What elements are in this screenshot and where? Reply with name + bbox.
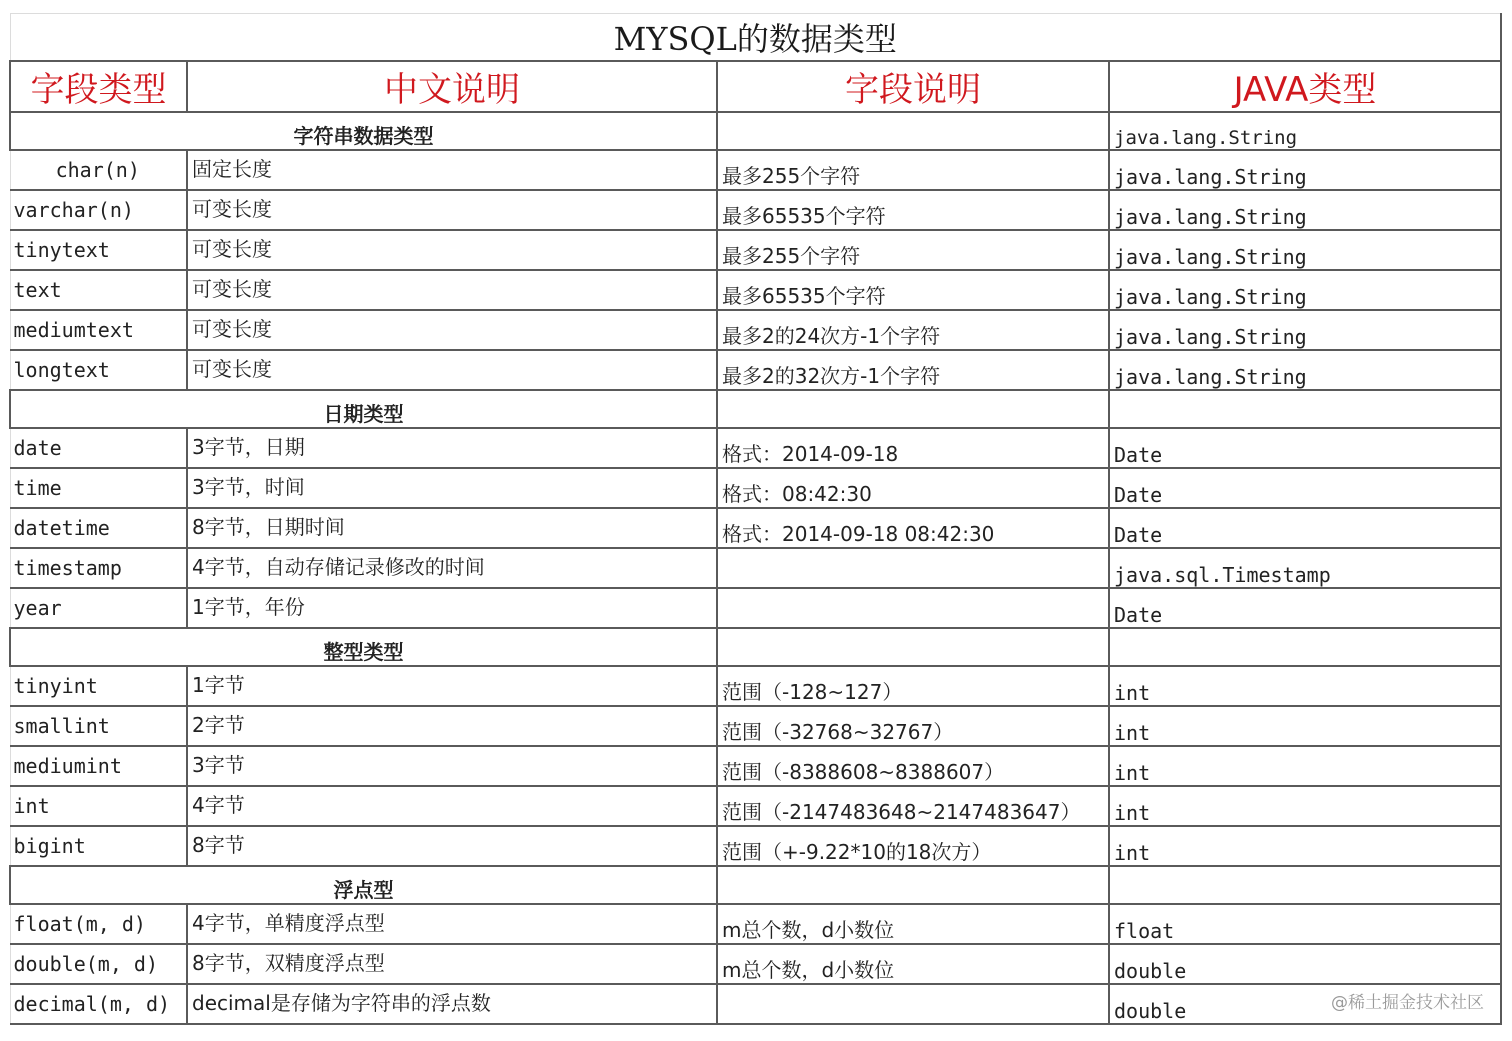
section-java (1109, 628, 1501, 666)
chinese-desc: 3字节，时间 (187, 468, 717, 508)
mysql-data-types-sheet: MYSQL的数据类型 字段类型 中文说明 字段说明 JAVA类型 字符串数据类型… (9, 13, 1500, 1025)
chinese-desc: 可变长度 (187, 270, 717, 310)
field-type: tinyint (10, 666, 187, 706)
table-row: tinytext 可变长度 最多255个字符 java.lang.String (10, 230, 1501, 270)
chinese-desc: 8字节，双精度浮点型 (187, 944, 717, 984)
section-java (1109, 390, 1501, 428)
java-type: Date (1109, 428, 1501, 468)
field-desc: 最多65535个字符 (717, 270, 1109, 310)
field-type: timestamp (10, 548, 187, 588)
field-desc: 范围（-2147483648~2147483647） (717, 786, 1109, 826)
chinese-desc: 3字节 (187, 746, 717, 786)
field-desc: 最多255个字符 (717, 150, 1109, 190)
field-desc: 范围（-128~127） (717, 666, 1109, 706)
section-label: 字符串数据类型 (10, 112, 717, 150)
header-java-type: JAVA类型 (1109, 61, 1501, 112)
table-row: timestamp 4字节，自动存储记录修改的时间 java.sql.Times… (10, 548, 1501, 588)
java-type: java.lang.String (1109, 310, 1501, 350)
field-type: time (10, 468, 187, 508)
section-java: java.lang.String (1109, 112, 1501, 150)
field-desc: 范围（+-9.22*10的18次方） (717, 826, 1109, 866)
section-desc (717, 390, 1109, 428)
field-desc: 格式：2014-09-18 08:42:30 (717, 508, 1109, 548)
chinese-desc: 4字节，单精度浮点型 (187, 904, 717, 944)
chinese-desc: decimal是存储为字符串的浮点数 (187, 984, 717, 1024)
field-type: smallint (10, 706, 187, 746)
field-type: char(n) (10, 150, 187, 190)
chinese-desc: 可变长度 (187, 350, 717, 390)
chinese-desc: 可变长度 (187, 230, 717, 270)
table-row: decimal(m, d) decimal是存储为字符串的浮点数 double (10, 984, 1501, 1024)
table-row: char(n) 固定长度 最多255个字符 java.lang.String (10, 150, 1501, 190)
section-row-integer: 整型类型 (10, 628, 1501, 666)
java-type: int (1109, 746, 1501, 786)
chinese-desc: 3字节，日期 (187, 428, 717, 468)
section-desc (717, 866, 1109, 904)
field-type: double(m, d) (10, 944, 187, 984)
field-type: tinytext (10, 230, 187, 270)
java-type: java.lang.String (1109, 230, 1501, 270)
section-row-string: 字符串数据类型 java.lang.String (10, 112, 1501, 150)
field-desc: 范围（-8388608~8388607） (717, 746, 1109, 786)
table-row: float(m, d) 4字节，单精度浮点型 m总个数，d小数位 float (10, 904, 1501, 944)
field-type: mediumtext (10, 310, 187, 350)
table-title: MYSQL的数据类型 (10, 14, 1501, 62)
field-desc (717, 588, 1109, 628)
java-type: double (1109, 944, 1501, 984)
chinese-desc: 可变长度 (187, 190, 717, 230)
field-type: decimal(m, d) (10, 984, 187, 1024)
java-type: Date (1109, 468, 1501, 508)
table-row: year 1字节，年份 Date (10, 588, 1501, 628)
field-desc: m总个数，d小数位 (717, 904, 1109, 944)
chinese-desc: 2字节 (187, 706, 717, 746)
chinese-desc: 1字节 (187, 666, 717, 706)
watermark: @稀土掘金技术社区 (1331, 988, 1484, 1013)
field-type: datetime (10, 508, 187, 548)
field-type: year (10, 588, 187, 628)
java-type: int (1109, 666, 1501, 706)
java-type: java.lang.String (1109, 190, 1501, 230)
java-type: int (1109, 706, 1501, 746)
field-desc (717, 548, 1109, 588)
table-row: date 3字节，日期 格式：2014-09-18 Date (10, 428, 1501, 468)
table-row: longtext 可变长度 最多2的32次方-1个字符 java.lang.St… (10, 350, 1501, 390)
field-desc: 最多255个字符 (717, 230, 1109, 270)
java-type: int (1109, 786, 1501, 826)
table-row: time 3字节，时间 格式：08:42:30 Date (10, 468, 1501, 508)
section-desc (717, 112, 1109, 150)
java-type: int (1109, 826, 1501, 866)
chinese-desc: 8字节，日期时间 (187, 508, 717, 548)
field-type: date (10, 428, 187, 468)
header-chinese-desc: 中文说明 (187, 61, 717, 112)
section-label: 整型类型 (10, 628, 717, 666)
java-type: java.lang.String (1109, 350, 1501, 390)
chinese-desc: 1字节，年份 (187, 588, 717, 628)
table-row: mediumtext 可变长度 最多2的24次方-1个字符 java.lang.… (10, 310, 1501, 350)
chinese-desc: 固定长度 (187, 150, 717, 190)
table-row: bigint 8字节 范围（+-9.22*10的18次方） int (10, 826, 1501, 866)
chinese-desc: 4字节，自动存储记录修改的时间 (187, 548, 717, 588)
table-row: datetime 8字节，日期时间 格式：2014-09-18 08:42:30… (10, 508, 1501, 548)
field-desc: 格式：2014-09-18 (717, 428, 1109, 468)
title-row: MYSQL的数据类型 (10, 14, 1501, 62)
java-type: Date (1109, 588, 1501, 628)
header-field-desc: 字段说明 (717, 61, 1109, 112)
field-type: varchar(n) (10, 190, 187, 230)
header-field-type: 字段类型 (10, 61, 187, 112)
section-row-float: 浮点型 (10, 866, 1501, 904)
field-desc: 最多2的32次方-1个字符 (717, 350, 1109, 390)
java-type: Date (1109, 508, 1501, 548)
field-desc: 范围（-32768~32767） (717, 706, 1109, 746)
field-desc: 格式：08:42:30 (717, 468, 1109, 508)
java-type: java.lang.String (1109, 270, 1501, 310)
field-type: longtext (10, 350, 187, 390)
field-type: mediumint (10, 746, 187, 786)
section-desc (717, 628, 1109, 666)
table-row: int 4字节 范围（-2147483648~2147483647） int (10, 786, 1501, 826)
chinese-desc: 可变长度 (187, 310, 717, 350)
field-desc: 最多65535个字符 (717, 190, 1109, 230)
java-type: java.sql.Timestamp (1109, 548, 1501, 588)
field-type: float(m, d) (10, 904, 187, 944)
java-type: float (1109, 904, 1501, 944)
section-java (1109, 866, 1501, 904)
field-type: int (10, 786, 187, 826)
java-type: java.lang.String (1109, 150, 1501, 190)
chinese-desc: 8字节 (187, 826, 717, 866)
data-types-table: MYSQL的数据类型 字段类型 中文说明 字段说明 JAVA类型 字符串数据类型… (9, 13, 1502, 1025)
field-desc (717, 984, 1109, 1024)
table-row: tinyint 1字节 范围（-128~127） int (10, 666, 1501, 706)
header-row: 字段类型 中文说明 字段说明 JAVA类型 (10, 61, 1501, 112)
table-row: mediumint 3字节 范围（-8388608~8388607） int (10, 746, 1501, 786)
field-type: bigint (10, 826, 187, 866)
chinese-desc: 4字节 (187, 786, 717, 826)
field-desc: m总个数，d小数位 (717, 944, 1109, 984)
table-row: double(m, d) 8字节，双精度浮点型 m总个数，d小数位 double (10, 944, 1501, 984)
table-row: smallint 2字节 范围（-32768~32767） int (10, 706, 1501, 746)
field-type: text (10, 270, 187, 310)
field-desc: 最多2的24次方-1个字符 (717, 310, 1109, 350)
section-row-date: 日期类型 (10, 390, 1501, 428)
table-row: text 可变长度 最多65535个字符 java.lang.String (10, 270, 1501, 310)
table-row: varchar(n) 可变长度 最多65535个字符 java.lang.Str… (10, 190, 1501, 230)
section-label: 日期类型 (10, 390, 717, 428)
section-label: 浮点型 (10, 866, 717, 904)
